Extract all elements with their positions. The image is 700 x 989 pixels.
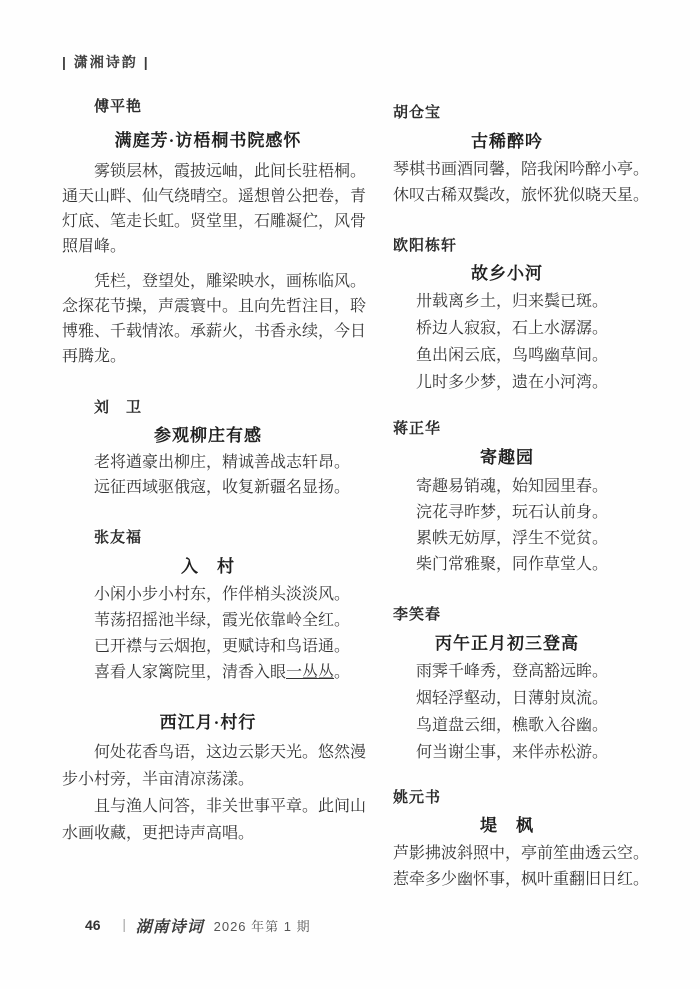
poem-line: 桥边人寂寂，石上水潺潺。 — [416, 315, 653, 342]
poem-stanza: 雾锁层林，霞披远岫，此间长驻梧桐。 通天山畔、仙气绕晴空。遥想曾公把卷，青 灯底… — [62, 159, 354, 259]
poem-line: 喜看人家篱院里，清香入眼一丛丛。 — [62, 660, 354, 686]
poem-line: 何处花香鸟语，这边云影天光。悠然漫 — [62, 739, 354, 766]
poem-stanza: 老将遒豪出柳庄，精诚善战志轩昂。 远征西域驱俄寇，收复新疆名显扬。 — [62, 450, 354, 500]
poem-line: 已开襟与云烟抱，更赋诗和鸟语通。 — [62, 634, 354, 660]
poem-line: 步小村旁，半亩清凉荡漾。 — [62, 766, 354, 793]
poem-line-text: 。 — [334, 664, 350, 681]
poem-line: 何当谢尘事，来伴赤松游。 — [416, 739, 653, 766]
poem-line: 念探花节操，声震寰中。且向先哲注目，聆 — [62, 294, 354, 319]
poem-line: 惹牵多少幽怀事，枫叶重翻旧日红。 — [361, 867, 653, 893]
poem-line: 小闲小步小村东，作伴梢头淡淡风。 — [62, 582, 354, 608]
poem-rucun: 张友福 入 村 小闲小步小村东，作伴梢头淡淡风。 苇荡招摇池半绿，霞光依靠岭全红… — [62, 528, 354, 686]
poem-title: 寄趣园 — [361, 447, 653, 469]
poem-guxiang-xiaohe: 欧阳栋轩 故乡小河 卅载离乡土，归来鬓已斑。 桥边人寂寂，石上水潺潺。 鱼出闲云… — [361, 236, 653, 396]
poem-line: 远征西域驱俄寇，收复新疆名显扬。 — [62, 475, 354, 500]
poem-line: 休叹古稀双鬓改，旅怀犹似晓天星。 — [361, 183, 653, 209]
poem-line: 鱼出闲云底，鸟鸣幽草间。 — [416, 342, 653, 369]
poem-line: 老将遒豪出柳庄，精诚善战志轩昂。 — [62, 450, 354, 475]
poem-author: 刘 卫 — [94, 398, 354, 418]
poem-title: 参观柳庄有感 — [62, 425, 354, 447]
page-footer: 46 | 湖南诗词 2026 年第 1 期 — [85, 914, 311, 936]
poem-line: 累帙无妨厚，浮生不觉贫。 — [416, 526, 653, 552]
poem-line: 凭栏，登望处，雕梁映水，画栋临风。 — [62, 269, 354, 294]
poem-line: 浣花寻昨梦，玩石认前身。 — [416, 500, 653, 526]
poem-title: 堤 枫 — [361, 815, 653, 837]
poem-line: 卅载离乡土，归来鬓已斑。 — [416, 288, 653, 315]
poem-title: 丙午正月初三登高 — [361, 633, 653, 655]
poem-title: 满庭芳·访梧桐书院感怀 — [62, 130, 354, 152]
column-right: 胡仓宝 古稀醉吟 琴棋书画酒同馨，陪我闲吟醉小亭。 休叹古稀双鬓改，旅怀犹似晓天… — [361, 90, 653, 893]
poem-line: 博雅、千载情浓。承薪火，书香永续，今日 — [62, 319, 354, 344]
poem-line: 灯底、笔走长虹。贤堂里，石雕凝伫，风骨 — [62, 209, 354, 234]
issue-info: 2026 年第 1 期 — [214, 916, 311, 935]
poem-denggao: 李笑春 丙午正月初三登高 雨霁千峰秀，登高豁远眸。 烟轻浮壑动，日薄射岚流。 鸟… — [361, 605, 653, 766]
poem-liuzhuang: 刘 卫 参观柳庄有感 老将遒豪出柳庄，精诚善战志轩昂。 远征西域驱俄寇，收复新疆… — [62, 398, 354, 500]
poem-author: 傅平艳 — [94, 97, 354, 117]
journal-logo: 湖南诗词 — [136, 914, 204, 937]
poem-stanza: 寄趣易销魂，始知园里春。 浣花寻昨梦，玩石认前身。 累帙无妨厚，浮生不觉贫。 柴… — [361, 474, 653, 578]
poem-stanza: 卅载离乡土，归来鬓已斑。 桥边人寂寂，石上水潺潺。 鱼出闲云底，鸟鸣幽草间。 儿… — [361, 288, 653, 396]
poem-line: 雾锁层林，霞披远岫，此间长驻梧桐。 — [62, 159, 354, 184]
poem-stanza: 小闲小步小村东，作伴梢头淡淡风。 苇荡招摇池半绿，霞光依靠岭全红。 已开襟与云烟… — [62, 582, 354, 686]
poem-author: 蒋正华 — [393, 419, 653, 439]
poem-line: 琴棋书画酒同馨，陪我闲吟醉小亭。 — [361, 157, 653, 183]
poem-line: 芦影拂波斜照中，亭前笙曲透云空。 — [361, 841, 653, 867]
column-left: 傅平艳 满庭芳·访梧桐书院感怀 雾锁层林，霞披远岫，此间长驻梧桐。 通天山畔、仙… — [62, 90, 354, 847]
footer-separator: | — [123, 917, 126, 934]
poem-stanza: 且与渔人问答，非关世事平章。此间山 水画收藏，更把诗声高唱。 — [62, 793, 354, 847]
poem-line: 照眉峰。 — [62, 234, 354, 259]
poem-author: 姚元书 — [393, 788, 653, 808]
poem-line-underlined: 一丛丛 — [286, 664, 334, 681]
page-number: 46 — [85, 917, 101, 933]
poem-stanza: 雨霁千峰秀，登高豁远眸。 烟轻浮壑动，日薄射岚流。 鸟道盘云细，樵歌入谷幽。 何… — [361, 658, 653, 766]
poem-title: 故乡小河 — [361, 263, 653, 285]
poem-title: 入 村 — [62, 556, 354, 578]
poem-author: 胡仓宝 — [393, 103, 653, 123]
poem-line: 烟轻浮壑动，日薄射岚流。 — [416, 685, 653, 712]
poem-stanza: 何处花香鸟语，这边云影天光。悠然漫 步小村旁，半亩清凉荡漾。 — [62, 739, 354, 793]
poem-mantingfang: 傅平艳 满庭芳·访梧桐书院感怀 雾锁层林，霞披远岫，此间长驻梧桐。 通天山畔、仙… — [62, 97, 354, 369]
poem-jiquyuan: 蒋正华 寄趣园 寄趣易销魂，始知园里春。 浣花寻昨梦，玩石认前身。 累帙无妨厚，… — [361, 419, 653, 578]
poem-line: 寄趣易销魂，始知园里春。 — [416, 474, 653, 500]
poem-line: 且与渔人问答，非关世事平章。此间山 — [62, 793, 354, 820]
section-title: | 潇湘诗韵 | — [62, 52, 150, 72]
poem-author: 张友福 — [94, 528, 354, 548]
poem-line: 鸟道盘云细，樵歌入谷幽。 — [416, 712, 653, 739]
poem-line: 儿时多少梦，遗在小河湾。 — [416, 369, 653, 396]
poem-line: 雨霁千峰秀，登高豁远眸。 — [416, 658, 653, 685]
poem-line: 苇荡招摇池半绿，霞光依靠岭全红。 — [62, 608, 354, 634]
poem-title: 西江月·村行 — [62, 712, 354, 734]
poem-line-text: 喜看人家篱院里，清香入眼 — [94, 664, 286, 681]
poem-line: 通天山畔、仙气绕晴空。遥想曾公把卷，青 — [62, 184, 354, 209]
poem-stanza: 芦影拂波斜照中，亭前笙曲透云空。 惹牵多少幽怀事，枫叶重翻旧日红。 — [361, 841, 653, 893]
poem-difeng: 姚元书 堤 枫 芦影拂波斜照中，亭前笙曲透云空。 惹牵多少幽怀事，枫叶重翻旧日红… — [361, 788, 653, 893]
poem-line: 水画收藏，更把诗声高唱。 — [62, 820, 354, 847]
poem-author: 李笑春 — [393, 605, 653, 625]
poem-line: 再腾龙。 — [62, 344, 354, 369]
poem-title: 古稀醉吟 — [361, 131, 653, 153]
poem-guxi: 胡仓宝 古稀醉吟 琴棋书画酒同馨，陪我闲吟醉小亭。 休叹古稀双鬓改，旅怀犹似晓天… — [361, 103, 653, 209]
poem-xijiangyue: 西江月·村行 何处花香鸟语，这边云影天光。悠然漫 步小村旁，半亩清凉荡漾。 且与… — [62, 712, 354, 847]
poem-line: 柴门常雅聚，同作草堂人。 — [416, 552, 653, 578]
poem-stanza: 琴棋书画酒同馨，陪我闲吟醉小亭。 休叹古稀双鬓改，旅怀犹似晓天星。 — [361, 157, 653, 209]
poem-author: 欧阳栋轩 — [393, 236, 653, 256]
poem-stanza: 凭栏，登望处，雕梁映水，画栋临风。 念探花节操，声震寰中。且向先哲注目，聆 博雅… — [62, 269, 354, 369]
